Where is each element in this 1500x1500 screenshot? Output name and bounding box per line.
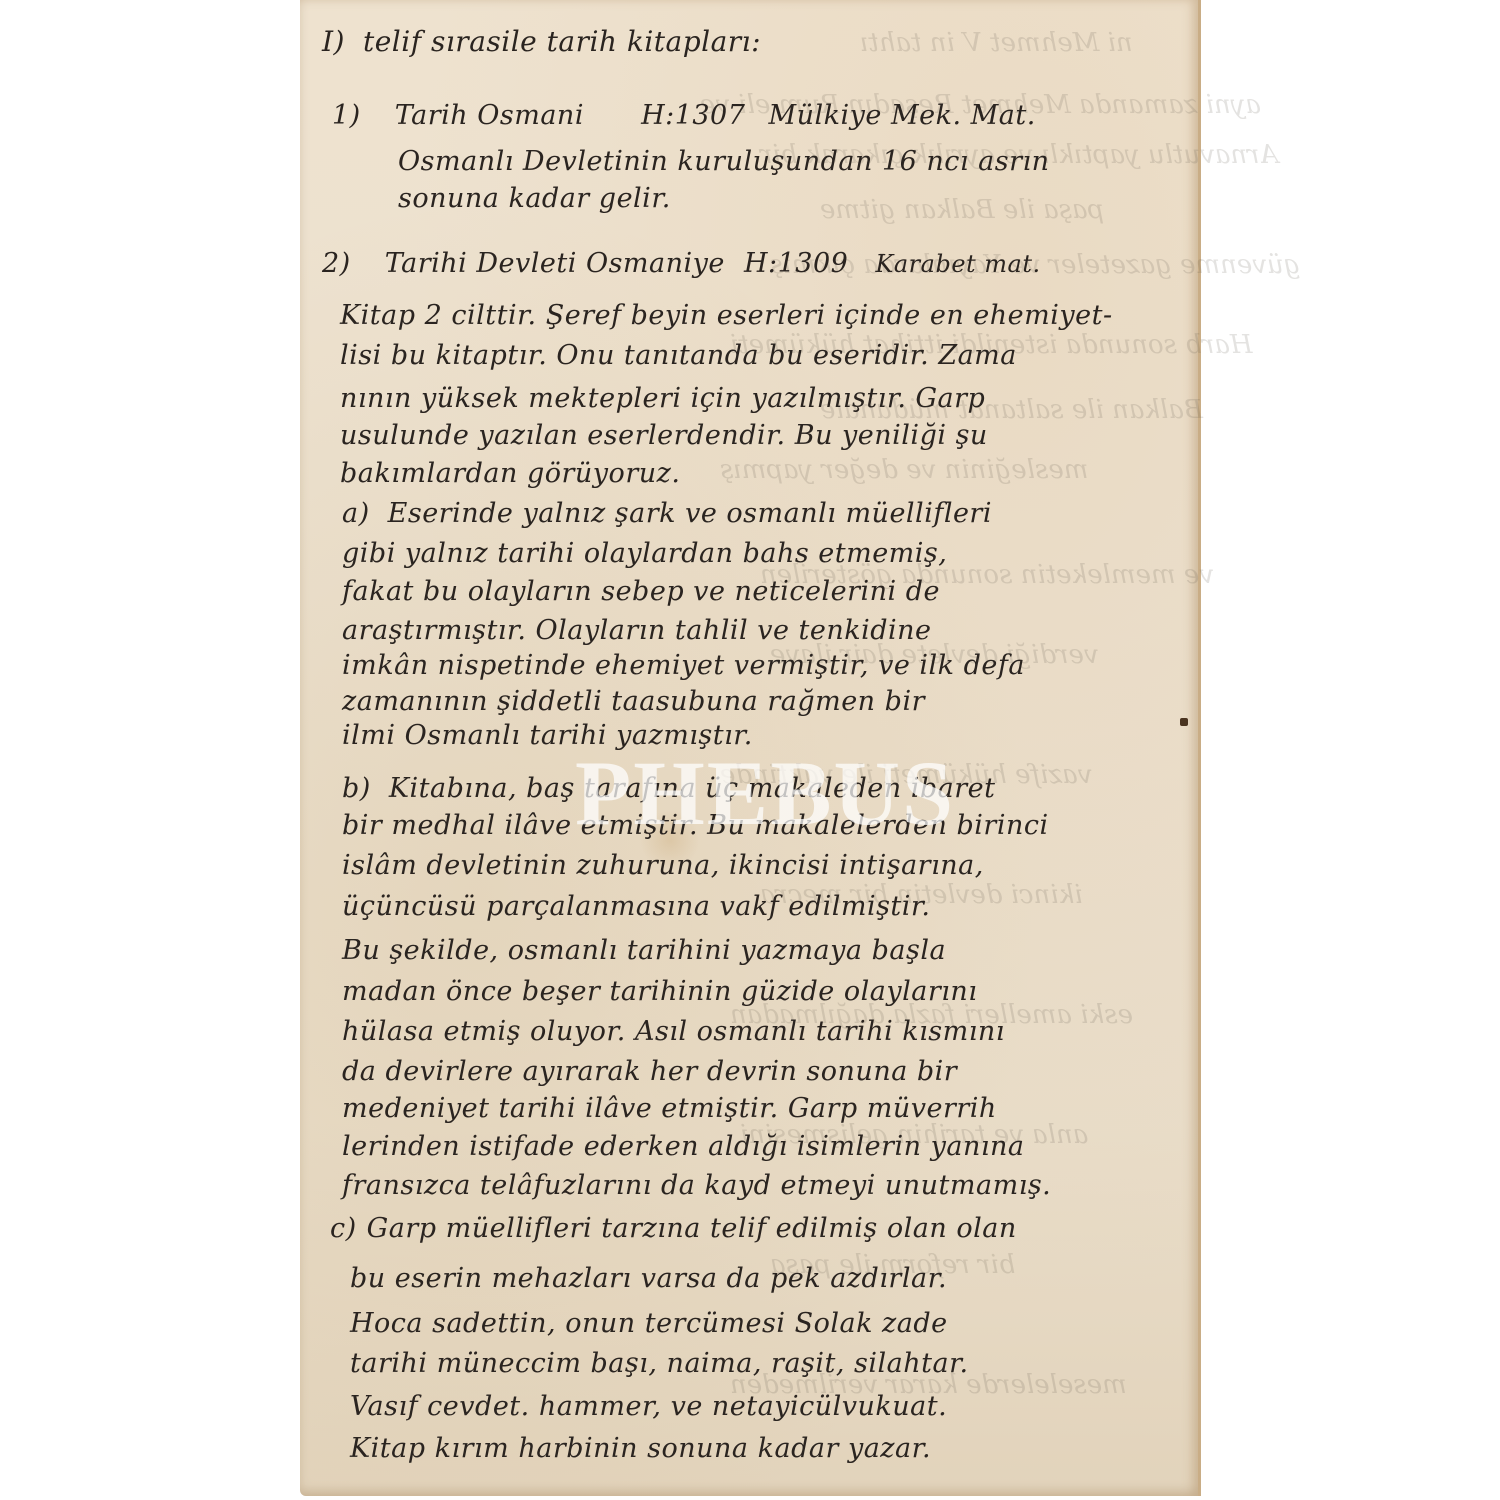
entry-2-description-line: usulunde yazılan eserlerdendir. Bu yenil… (340, 422, 988, 449)
point-b-line: b)Kitabına, baş tarafına üç makaleden ib… (342, 775, 995, 802)
entry-1-header: 1)Tarih Osmani H:1307 Mülkiye Mek. Mat. (332, 102, 1036, 129)
entry-2-description-line: Kitap 2 cilttir. Şeref beyin eserleri iç… (340, 302, 1113, 329)
point-b-line: hülasa etmiş oluyor. Asıl osmanlı tarihi… (342, 1018, 1005, 1045)
point-b-line: fransızca telâfuzlarını da kayd etmeyi u… (342, 1172, 1051, 1199)
entry-2-number: 2) (322, 250, 351, 277)
point-a-line: gibi yalnız tarihi olaylardan bahs etmem… (342, 540, 947, 567)
section-heading: I)telif sırasile tarih kitapları: (322, 28, 761, 56)
section-title: telif sırasile tarih kitapları: (363, 25, 761, 58)
entry-2-description-line: lisi bu kitaptır. Onu tanıtanda bu eseri… (340, 342, 1017, 369)
point-c-line: Kitap kırım harbinin sonuna kadar yazar. (350, 1435, 931, 1462)
entry-2-description-line: bakımlardan görüyoruz. (340, 460, 680, 487)
point-b-line: Bu şekilde, osmanlı tarihini yazmaya baş… (342, 937, 946, 964)
entry-1-date: H:1307 (641, 100, 745, 131)
manuscript-page: ni Mehmet V in tahtı ayni zamanda Mehmet… (300, 0, 1201, 1496)
paper-blemish (1180, 718, 1188, 726)
point-a-line: zamanının şiddetli taasubuna rağmen bir (342, 688, 925, 715)
point-b-line: madan önce beşer tarihinin güzide olayla… (342, 978, 977, 1005)
entry-2-date: H:1309 (744, 248, 848, 279)
entry-1-publisher: Mülkiye Mek. Mat. (769, 100, 1036, 131)
point-a-line: imkân nispetinde ehemiyet vermiştir, ve … (342, 652, 1025, 679)
point-b-line: medeniyet tarihi ilâve etmiştir. Garp mü… (342, 1095, 997, 1122)
point-b-line: üçüncüsü parçalanmasına vakf edilmiştir. (342, 893, 930, 920)
entry-2-title: Tarihi Devleti Osmaniye (385, 248, 725, 279)
point-b-line: lerinden istifade ederken aldığı isimler… (342, 1133, 1025, 1160)
point-b-marker: b) (342, 775, 371, 802)
point-a-line: ilmi Osmanlı tarihi yazmıştır. (342, 722, 753, 749)
entry-2-description-line: nının yüksek mektepleri için yazılmıştır… (340, 385, 985, 412)
point-a-line: fakat bu olayların sebep ve neticelerini… (342, 578, 940, 605)
point-a-marker: a) (342, 500, 370, 527)
point-b-line: bir medhal ilâve etmiştir. Bu makalelerd… (342, 812, 1049, 839)
point-a-line: araştırmıştır. Olayların tahlil ve tenki… (342, 617, 932, 644)
entry-1-number: 1) (332, 102, 361, 129)
point-b-line: da devirlere ayırarak her devrin sonuna … (342, 1058, 957, 1085)
entry-1-description-line: sonuna kadar gelir. (398, 185, 671, 212)
point-c-line: Vasıf cevdet. hammer, ve netayicülvukuat… (350, 1393, 947, 1420)
point-c-line: bu eserin mehazları varsa da pek azdırla… (350, 1265, 947, 1292)
point-b-line: islâm devletinin zuhuruna, ikincisi inti… (342, 852, 984, 879)
point-c-line: c)Garp müellifleri tarzına telif edilmiş… (330, 1215, 1017, 1242)
entry-1-description-line: Osmanlı Devletinin kuruluşundan 16 ncı a… (398, 148, 1050, 175)
entry-2-publisher: Karabet mat. (875, 250, 1040, 278)
point-a-line: a)Eserinde yalnız şark ve osmanlı müelli… (342, 500, 992, 527)
entry-1-title: Tarih Osmani (395, 100, 584, 131)
point-c-line: tarihi müneccim başı, naima, raşit, sila… (350, 1350, 969, 1377)
entry-2-header: 2)Tarihi Devleti Osmaniye H:1309 Karabet… (322, 250, 1041, 277)
point-c-line: Hoca sadettin, onun tercümesi Solak zade (350, 1310, 948, 1337)
section-number: I) (322, 28, 345, 56)
point-c-marker: c) (330, 1215, 357, 1242)
